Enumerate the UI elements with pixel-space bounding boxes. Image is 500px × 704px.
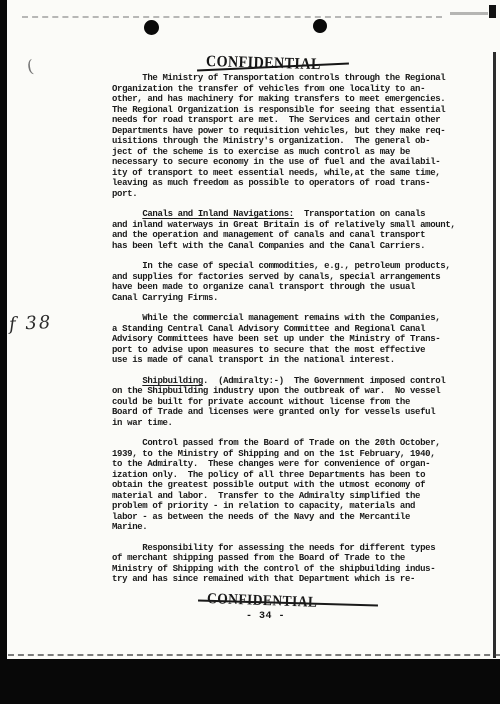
document-body: The Ministry of Transportation controls …	[112, 73, 474, 595]
margin-paren-mark: (	[26, 57, 35, 78]
document-line: 1939, to the Ministry of Shipping and on…	[112, 449, 474, 460]
scan-artifact-bottom-line	[8, 654, 500, 656]
typed-text: a Standing Central Canal Advisory Commit…	[112, 324, 425, 334]
document-line: The Regional Organization is responsible…	[112, 105, 474, 116]
typed-text: Advisory Committees have been set up und…	[112, 334, 440, 344]
document-line: Organization the transfer of vehicles fr…	[112, 84, 474, 95]
typed-text: ject of the scheme is to exercise as muc…	[112, 147, 410, 157]
document-line: of merchant shipping passed from the Boa…	[112, 553, 474, 564]
paragraph: Canals and Inland Navigations: Transport…	[112, 209, 474, 251]
typed-text	[112, 376, 142, 386]
document-line: in war time.	[112, 418, 474, 429]
typed-text: leaving as much freedom as possible to o…	[112, 178, 430, 188]
typed-text: Departments have power to requisition ve…	[112, 126, 445, 136]
typed-text: port.	[112, 189, 137, 199]
document-line: try and has since remained with that Dep…	[112, 574, 474, 585]
typed-text: and inland waterways in Great Britain is…	[112, 220, 455, 230]
document-line: has been left with the Canal Companies a…	[112, 241, 474, 252]
typed-text: necessary to secure economy in the use o…	[112, 157, 440, 167]
document-line: and supplies for factories served by can…	[112, 272, 474, 283]
document-line: While the commercial management remains …	[112, 313, 474, 324]
typed-text: material and labor. Transfer to the Admi…	[112, 491, 420, 501]
document-line: port.	[112, 189, 474, 200]
typed-text: While the commercial management remains …	[112, 313, 440, 323]
document-line: Advisory Committees have been set up und…	[112, 334, 474, 345]
document-line: and the operation and management of cana…	[112, 230, 474, 241]
document-line: other, and has machinery for making tran…	[112, 94, 474, 105]
typed-text: port to advise upon measures to secure t…	[112, 345, 425, 355]
document-line: ization only. The policy of all three De…	[112, 470, 474, 481]
document-line: needs for road transport are met. The Se…	[112, 115, 474, 126]
typed-text: other, and has machinery for making tran…	[112, 94, 445, 104]
scan-artifact-corner-smudge	[450, 12, 488, 15]
document-line: Responsibility for assessing the needs f…	[112, 543, 474, 554]
typed-text: The Ministry of Transportation controls …	[112, 73, 445, 83]
hole-punch-dot-right	[313, 19, 327, 33]
typed-text: Marine.	[112, 522, 147, 532]
typed-text: 1939, to the Ministry of Shipping and on…	[112, 449, 435, 459]
document-line: material and labor. Transfer to the Admi…	[112, 491, 474, 502]
document-line: Board of Trade and licenses were granted…	[112, 407, 474, 418]
typed-text: in war time.	[112, 418, 173, 428]
typed-text: use is made of canal transport in the na…	[112, 355, 395, 365]
typed-text: The Regional Organization is responsible…	[112, 105, 445, 115]
typed-text: to the Admiralty. These changes were for…	[112, 459, 430, 469]
document-line: The Ministry of Transportation controls …	[112, 73, 474, 84]
scan-edge-left-bar	[0, 0, 7, 704]
typed-text: try and has since remained with that Dep…	[112, 574, 415, 584]
document-line: could be built for private account witho…	[112, 397, 474, 408]
underlined-heading-text: Shipbuilding	[142, 376, 203, 386]
typed-text: problem of priority - in relation to cap…	[112, 501, 415, 511]
typed-text: In the case of special commodities, e.g.…	[112, 261, 450, 271]
document-line: ject of the scheme is to exercise as muc…	[112, 147, 474, 158]
document-line: ity of transport to meet essential needs…	[112, 168, 474, 179]
scan-artifact-corner-mark	[489, 5, 496, 18]
document-line: uisitions through the Ministry's organiz…	[112, 136, 474, 147]
typed-text: Board of Trade and licenses were granted…	[112, 407, 435, 417]
document-line: to the Admiralty. These changes were for…	[112, 459, 474, 470]
page-number: - 34 -	[246, 611, 285, 622]
typed-text: . (Admiralty:-) The Government imposed c…	[203, 376, 445, 386]
paragraph: Responsibility for assessing the needs f…	[112, 543, 474, 585]
document-line: use is made of canal transport in the na…	[112, 355, 474, 366]
document-line: Marine.	[112, 522, 474, 533]
paragraph: In the case of special commodities, e.g.…	[112, 261, 474, 303]
hole-punch-dot-left	[144, 20, 159, 35]
document-line: Canal Carrying Firms.	[112, 293, 474, 304]
scan-artifact-top-line	[22, 16, 442, 18]
document-line: Control passed from the Board of Trade o…	[112, 438, 474, 449]
typed-text: needs for road transport are met. The Se…	[112, 115, 440, 125]
typed-text: Organization the transfer of vehicles fr…	[112, 84, 425, 94]
typed-text: Transportation on canals	[294, 209, 425, 219]
document-line: In the case of special commodities, e.g.…	[112, 261, 474, 272]
typed-text: has been left with the Canal Companies a…	[112, 241, 425, 251]
document-line: on the Shipbuilding industry upon the ou…	[112, 386, 474, 397]
document-line: have been made to organize canal transpo…	[112, 282, 474, 293]
document-line: necessary to secure economy in the use o…	[112, 157, 474, 168]
typed-text: have been made to organize canal transpo…	[112, 282, 415, 292]
scan-edge-right-line	[493, 52, 496, 658]
typed-text: Control passed from the Board of Trade o…	[112, 438, 440, 448]
typed-text: of merchant shipping passed from the Boa…	[112, 553, 405, 563]
document-line: obtain the greatest possible output with…	[112, 480, 474, 491]
typed-text: on the Shipbuilding industry upon the ou…	[112, 386, 440, 396]
typed-text: Ministry of Shipping with the control of…	[112, 564, 435, 574]
typed-text	[112, 209, 142, 219]
document-line: a Standing Central Canal Advisory Commit…	[112, 324, 474, 335]
paragraph: Control passed from the Board of Trade o…	[112, 438, 474, 533]
scan-edge-bottom-band	[0, 659, 500, 704]
paragraph: While the commercial management remains …	[112, 313, 474, 366]
underlined-heading-text: Canals and Inland Navigations:	[142, 209, 294, 219]
document-line: problem of priority - in relation to cap…	[112, 501, 474, 512]
paragraph: Shipbuilding. (Admiralty:-) The Governme…	[112, 376, 474, 429]
typed-text: obtain the greatest possible output with…	[112, 480, 425, 490]
document-line: and inland waterways in Great Britain is…	[112, 220, 474, 231]
typed-text: ity of transport to meet essential needs…	[112, 168, 440, 178]
document-line: labor - as between the needs of the Navy…	[112, 512, 474, 523]
paragraph: The Ministry of Transportation controls …	[112, 73, 474, 199]
document-line: Canals and Inland Navigations: Transport…	[112, 209, 474, 220]
typed-text: Canal Carrying Firms.	[112, 293, 218, 303]
document-line: Shipbuilding. (Admiralty:-) The Governme…	[112, 376, 474, 387]
typed-text: Responsibility for assessing the needs f…	[112, 543, 435, 553]
typed-text: uisitions through the Ministry's organiz…	[112, 136, 430, 146]
typed-text: labor - as between the needs of the Navy…	[112, 512, 410, 522]
scanned-document-page: CONFIDENTIAL ( f 38 The Ministry of Tran…	[0, 0, 500, 704]
typed-text: ization only. The policy of all three De…	[112, 470, 425, 480]
typed-text: and supplies for factories served by can…	[112, 272, 440, 282]
margin-annotation: f 38	[8, 312, 52, 335]
document-line: leaving as much freedom as possible to o…	[112, 178, 474, 189]
document-line: port to advise upon measures to secure t…	[112, 345, 474, 356]
document-line: Ministry of Shipping with the control of…	[112, 564, 474, 575]
typed-text: and the operation and management of cana…	[112, 230, 425, 240]
typed-text: could be built for private account witho…	[112, 397, 410, 407]
document-line: Departments have power to requisition ve…	[112, 126, 474, 137]
